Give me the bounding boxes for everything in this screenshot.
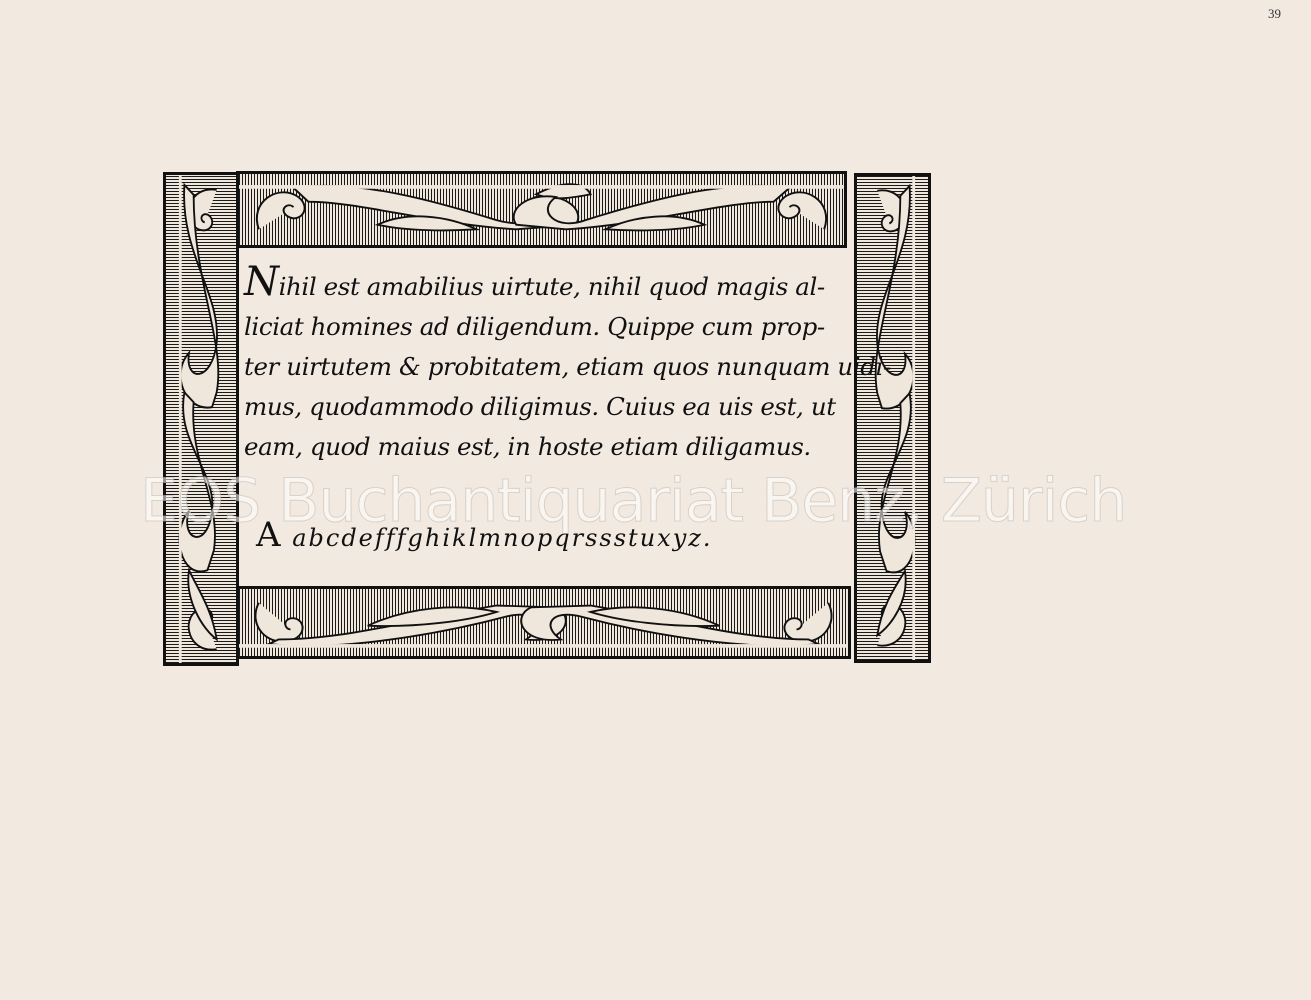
page-number: 39 bbox=[1268, 6, 1281, 22]
ornament-panel-right bbox=[854, 173, 931, 663]
ornament-panel-bottom bbox=[236, 586, 851, 659]
acanthus-scroll-icon bbox=[239, 589, 848, 656]
text-line: ter uirtutem & probitatem, etiam quos nu… bbox=[244, 347, 844, 387]
ornament-panel-top bbox=[236, 171, 847, 248]
calligraphy-text: Nihil est amabilius uirtute, nihil quod … bbox=[244, 262, 844, 467]
text-line: Nihil est amabilius uirtute, nihil quod … bbox=[244, 262, 844, 307]
ornament-panel-left bbox=[163, 172, 239, 666]
acanthus-scroll-icon bbox=[239, 174, 844, 245]
text-line: eam, quod maius est, in hoste etiam dili… bbox=[244, 427, 844, 467]
watermark: EOS Buchantiquariat Benz, Zürich bbox=[140, 466, 1126, 536]
text-line: liciat homines ad diligendum. Quippe cum… bbox=[244, 307, 844, 347]
text-line: mus, quodammodo diligimus. Cuius ea uis … bbox=[244, 387, 844, 427]
acanthus-scroll-icon bbox=[857, 176, 928, 660]
acanthus-scroll-icon bbox=[166, 175, 236, 663]
